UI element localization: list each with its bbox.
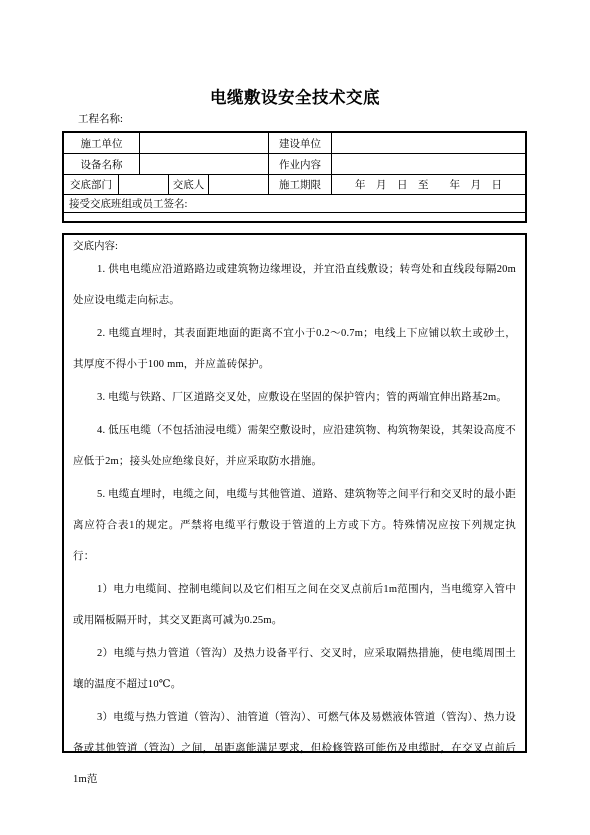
label-construction-period: 施工期限 xyxy=(268,175,331,194)
table-row-signature-space xyxy=(64,212,525,221)
label-construction-unit: 施工单位 xyxy=(64,133,139,153)
field-discloser[interactable] xyxy=(208,175,268,194)
signature-label: 接受交底班组或员工签名: xyxy=(64,195,525,212)
disclosure-paragraph-5: 5. 电缆直埋时，电缆之间，电缆与其他管道、道路、建筑物等之间平行和交叉时的最小… xyxy=(73,479,516,572)
project-name-label: 工程名称: xyxy=(78,113,123,126)
field-equipment-name[interactable] xyxy=(139,154,268,174)
label-disclosure-department: 交底部门 xyxy=(64,175,118,194)
page-title: 电缆敷设安全技术交底 xyxy=(0,88,590,108)
signature-space[interactable] xyxy=(64,213,525,221)
content-heading: 交底内容: xyxy=(73,239,516,254)
table-row-equipment: 设备名称 作业内容 xyxy=(64,153,525,174)
disclosure-subparagraph-2: 2）电缆与热力管道（管沟）及热力设备平行、交叉时，应采取隔热措施，使电缆周围土壤… xyxy=(73,638,516,700)
field-construction-unit[interactable] xyxy=(139,133,268,153)
disclosure-subparagraph-1: 1）电力电缆间、控制电缆间以及它们相互之间在交叉点前后1m范围内，当电缆穿入管中… xyxy=(73,574,516,636)
disclosure-paragraph-4: 4. 低压电缆（不包括油浸电缆）需架空敷设时，应沿建筑物、构筑物架设，其架设高度… xyxy=(73,415,516,477)
table-row-disclosure: 交底部门 交底人 施工期限 年 月 日 至 年 月 日 xyxy=(64,174,525,194)
label-work-content: 作业内容 xyxy=(268,154,331,174)
document-page: 电缆敷设安全技术交底 工程名称: 施工单位 建设单位 设备名称 作业内容 交底部… xyxy=(0,0,590,835)
table-row-units: 施工单位 建设单位 xyxy=(64,133,525,153)
field-construction-period-dates[interactable]: 年 月 日 至 年 月 日 xyxy=(331,175,525,194)
field-disclosure-department[interactable] xyxy=(118,175,168,194)
field-building-unit[interactable] xyxy=(331,133,525,153)
disclosure-paragraph-3: 3. 电缆与铁路、厂区道路交叉处，应敷设在坚固的保护管内；管的两端宜伸出路基2m… xyxy=(73,382,516,413)
disclosure-content-box: 交底内容: 1. 供电电缆应沿道路路边或建筑物边缘埋设，并宜沿直线敷设；转弯处和… xyxy=(62,233,527,753)
header-form-table: 施工单位 建设单位 设备名称 作业内容 交底部门 交底人 施工期限 年 月 日 … xyxy=(62,131,527,223)
label-discloser: 交底人 xyxy=(168,175,208,194)
disclosure-paragraph-1: 1. 供电电缆应沿道路路边或建筑物边缘埋设，并宜沿直线敷设；转弯处和直线段每隔2… xyxy=(73,254,516,316)
disclosure-paragraph-2: 2. 电缆直埋时，其表面距地面的距离不宜小于0.2～0.7m；电线上下应铺以软土… xyxy=(73,318,516,380)
label-building-unit: 建设单位 xyxy=(268,133,331,153)
label-equipment-name: 设备名称 xyxy=(64,154,139,174)
disclosure-subparagraph-3: 3）电缆与热力管道（管沟）、油管道（管沟）、可燃气体及易燃液体管道（管沟）、热力… xyxy=(73,702,516,795)
table-row-signature: 接受交底班组或员工签名: xyxy=(64,194,525,212)
field-work-content[interactable] xyxy=(331,154,525,174)
